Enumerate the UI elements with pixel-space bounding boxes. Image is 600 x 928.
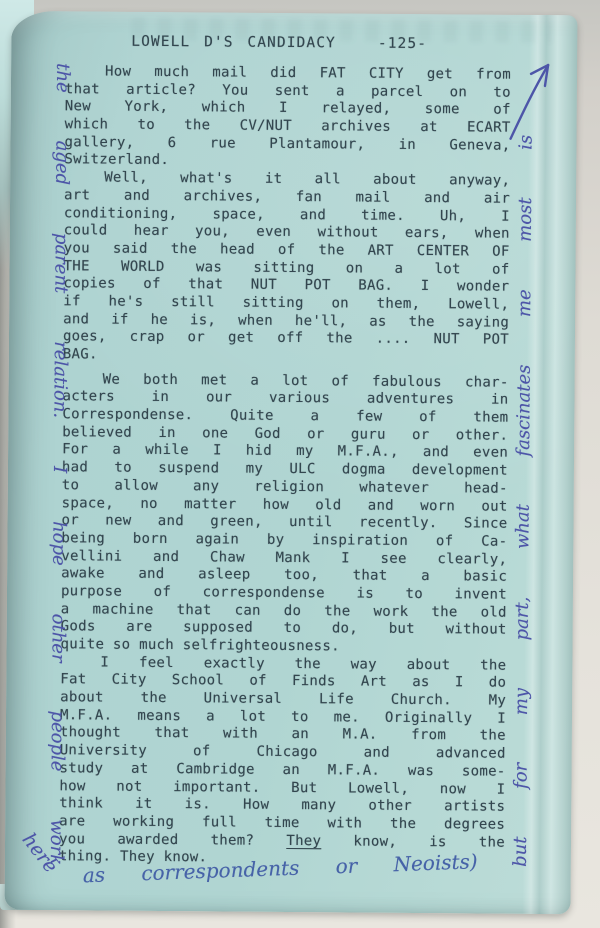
paragraph-3: We both met a lot of fabulous char-acter…	[60, 371, 508, 657]
typed-text-column: LOWELL D'S CANDIDACY-125- How much mail …	[59, 33, 512, 869]
page-number: -125-	[378, 36, 427, 52]
page: LOWELL D'S CANDIDACY-125- How much mail …	[4, 11, 577, 914]
underlined-word: They	[286, 833, 321, 849]
paragraph-2: Well, what's it all about anyway,art and…	[63, 169, 511, 367]
paragraph-4: I feel exactly the way about theFat City…	[59, 654, 507, 870]
scanned-book-page-photo: LOWELL D'S CANDIDACY-125- How much mail …	[0, 0, 600, 928]
typed-line: BAG.	[63, 346, 509, 367]
page-title: LOWELL D'S CANDIDACY	[131, 34, 336, 52]
paragraph-1: How much mail did FAT CITY get fromthat …	[64, 63, 511, 173]
page-header: LOWELL D'S CANDIDACY-125-	[65, 33, 511, 53]
right-margin-handwritten-note: but for my part, what fascinates me most…	[510, 135, 542, 867]
up-right-arrow-icon	[502, 51, 567, 147]
typed-line: goes, crap or get off the .... NUT POT	[63, 329, 509, 350]
